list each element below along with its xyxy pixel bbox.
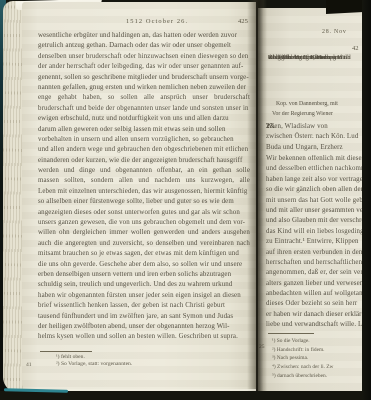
footnote: ⁴) Zwischen: nach der li. Zw xyxy=(272,363,362,372)
entry-line: Buda und Ungarn, Erzherz xyxy=(266,143,362,153)
text-line: und desselben ettlichen nachkomm xyxy=(266,164,362,174)
text-line: Wir bekennen offenlich mit diesem xyxy=(266,154,362,164)
text-line: Leben mit einzelnen unterschieden, das w… xyxy=(38,187,250,197)
entry-line: zwischen Österr. nach Kön. Lud xyxy=(266,132,362,142)
text-line: haben lange zeit also vor vertrage xyxy=(266,175,362,185)
page-gutter-shadow xyxy=(247,0,267,400)
text-line: und also Glauben mit der verschrei xyxy=(266,216,362,226)
text-line: tausend fünfhundert und im zwölften jare… xyxy=(38,312,250,322)
text-line: brief wissentlich henken lassen, der geb… xyxy=(38,301,250,311)
sheet-signature: 41 xyxy=(26,362,32,368)
text-line: angenommen, daß er, der sein ver xyxy=(266,268,362,278)
text-line: vorbehalten in unsern und allen unsern v… xyxy=(38,135,250,145)
text-line: 15dieses Oder bezieht so sein herr xyxy=(266,299,362,309)
left-page: 1512 October 26. 425 wesentliche erbgüte… xyxy=(22,2,256,391)
right-running-head-fragment: 28. Nov xyxy=(322,29,347,35)
text-line: er haben wir danach dieser erklär xyxy=(266,310,362,320)
text-line: ewigen erbschuld, nutz und notdurftigkei… xyxy=(38,114,250,124)
footnote-rule xyxy=(268,333,314,334)
text-line: nannten gefallen, gnug ersten und wirken… xyxy=(38,83,250,93)
text-line: zu Eintracht.¹ Entwirre, Klippen xyxy=(266,237,362,247)
footnote: ¹) So die Vorlage. xyxy=(272,337,362,346)
text-line: denselben unser bruderschaft oder hinzuw… xyxy=(38,52,250,62)
footnote: ²) So Vorlage, statt: vorgenannten. xyxy=(56,361,132,368)
text-line: anbedachten willen auf wollgetan xyxy=(266,289,362,299)
book-scan-photo: 1512 October 26. 425 wesentliche erbgüte… xyxy=(0,0,371,400)
text-line: 5mit unsern das hat Gott wolle geb xyxy=(266,196,362,206)
text-line: der ander herrschaft oder leibgeding, da… xyxy=(38,62,250,72)
text-line: bruderschaft und beide der obgenannten u… xyxy=(38,104,250,114)
text-line: enge gehabt haben, so sollen alle ansprü… xyxy=(38,93,250,103)
entry-lines: zwischen Österr. nach Kön. Lud Buda und … xyxy=(266,132,362,153)
left-body-text: wesentliche erbgüter und haldingen an, d… xyxy=(38,31,250,343)
right-body-text: Wir bekennen offenlich mit diesem und de… xyxy=(266,154,362,331)
text-line: so die wir gänzlich oben allen der xyxy=(266,185,362,195)
text-line: einanderen oder kurzen, wie die der ange… xyxy=(38,156,250,166)
text-line: so allselben einer fürstenwege sollte, l… xyxy=(38,197,250,207)
footnote: ⁵) darnach überschrieben. xyxy=(272,372,362,381)
footnote: ³) Nach pessima. xyxy=(272,354,362,363)
text-line: liebe und verwandtschaft wille. L xyxy=(266,320,362,330)
text-line: auch die angeregten und zuversicht, so d… xyxy=(38,239,250,249)
text-line: 5genennt, sollen so geschribene mitglied… xyxy=(38,73,250,83)
text-line: erben denselbigen unsern vettern und ire… xyxy=(38,270,250,280)
text-line: 30helms kysen wollen und sollen an beste… xyxy=(38,332,250,342)
right-page: 28. Nov 42 Klag Herzog Friedrichs wid de… xyxy=(258,8,362,391)
text-line: angezeigten dieses oder sonst unterworfe… xyxy=(38,208,250,218)
text-line: 25schuldig sein, treulich und ungeverlic… xyxy=(38,280,250,290)
left-footnotes: ¹) fehlt oben. ²) So Vorlage, statt: vor… xyxy=(56,354,132,368)
entry-23: 23. Wien, Wladislaw von zwischen Österr.… xyxy=(266,122,362,153)
text-line: 15massen sollten, sondern allen und nach… xyxy=(38,176,250,186)
right-page-number-fragment: 42 xyxy=(352,45,359,52)
text-line: das Kind will ein liebes losgeding xyxy=(266,227,362,237)
text-line: 20willen ohn dergleichen immer wollen ge… xyxy=(38,228,250,238)
text-line: alters ganzen lieber und verwesen xyxy=(266,279,362,289)
right-footnotes: ¹) So die Vorlage. ²) Handschrift: in fi… xyxy=(272,337,362,381)
text-line: wesentliche erbgüter und haldingen an, d… xyxy=(38,31,250,41)
text-line: und mit aller unser gesammten ver xyxy=(266,206,362,216)
background-corner xyxy=(326,0,366,14)
right-source-line: Vor der Regierung Wiener xyxy=(272,110,362,119)
text-line: werden und dinge und obgenannten offenba… xyxy=(38,166,250,176)
text-line: 10auf ihren ersten verbunden in dem xyxy=(266,248,362,258)
text-line: haben wir obgenannten fürsten unser jede… xyxy=(38,291,250,301)
left-running-head: 1512 October 26. xyxy=(126,18,188,25)
background-bottom-band xyxy=(0,391,371,400)
entry-first-line: 23. Wien, Wladislaw von xyxy=(266,122,362,132)
text-line: getrulich antzug gethan. Darnach oder da… xyxy=(38,41,250,51)
text-line: unsers ganzen gewesen, die von uns gebra… xyxy=(38,218,250,228)
footnote-rule xyxy=(40,351,92,352)
text-line: herrschaften und herrschaftlichen xyxy=(266,258,362,268)
right-dateline: Kop. von Dannenberg, mit xyxy=(276,100,362,109)
summary-line: Ulrich zu Hzm. Kassel. xyxy=(268,53,330,63)
text-line: und allen andern wege und gebrauchen den… xyxy=(38,145,250,155)
text-line: mitsamt brauchen so je etwas sagen, der … xyxy=(38,249,250,259)
text-line: der heiligen zwölfboten abend, unser der… xyxy=(38,322,250,332)
background-right-band xyxy=(362,0,371,400)
footnote: ²) Handschrift: in fidem. xyxy=(272,346,362,355)
text-line: die uns ohn geverde. Geschehe aber dem a… xyxy=(38,260,250,270)
text-line: 10darum allen geweren oder selbig lassen… xyxy=(38,125,250,135)
